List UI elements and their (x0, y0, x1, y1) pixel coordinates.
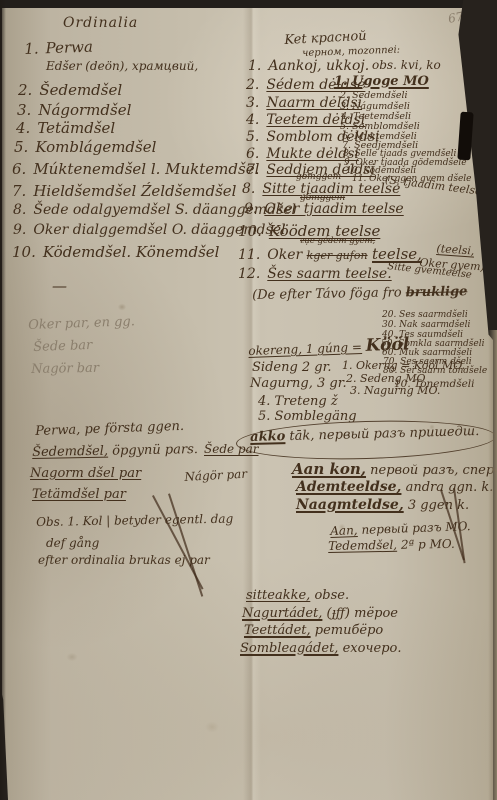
mult-mo-item: 3. Nagurng MO. (350, 384, 440, 397)
bottom-line: Nagurtádet, (ɟƒƒ) тёрое (242, 606, 398, 621)
side-note: obs. kvi, ko (372, 58, 441, 72)
note-line: Nagorm dšel par (30, 466, 141, 481)
bottom-line: sitteakke, obse. (246, 588, 349, 603)
note-line: Šedemdšel, öpgynü pars. (32, 442, 198, 460)
list-item: 9.Oker tjaadim teelse (244, 201, 404, 217)
tens-item: 20. Ses saarmdšeli (382, 310, 468, 320)
aan-line: Aan kon, первой разъ, сперва k. (292, 460, 497, 478)
page-edge-left (0, 0, 6, 800)
tens-item: 30. Nak saarmdšeli (382, 320, 470, 330)
manuscript-photo: 67 Ordinalia 1.Perwa Edšer (deön), храмц… (0, 0, 497, 800)
sub-list-item: 2. Sedemdšeli (340, 90, 408, 101)
page-edge-right (488, 330, 497, 800)
list-item-sub: Edšer (deön), храмцвий, (46, 59, 198, 73)
note-line: Tetämdšel par (32, 487, 126, 502)
aan-line: Tedemdšel, 2ª p MO. (328, 537, 455, 553)
bottom-line: Sombleagádet, ехочеро. (240, 641, 402, 656)
list-item: 1.Perwa (24, 38, 93, 58)
mult-item: 4. Treteng ž (258, 394, 338, 409)
list-item: 2.Šedemdšel (18, 81, 122, 99)
mult-item: Nagurng, 3 gr. (250, 376, 347, 391)
list-item: 11.Oker kger gufon teelse, (238, 245, 422, 263)
binding-edge-top (0, 0, 497, 8)
side-note: (teelsi, (436, 242, 475, 258)
aan-line: Naagmteldse, 3 ggen k. (296, 497, 469, 513)
list-item: 5.Komblágemdšel (14, 138, 156, 156)
pencil-note: Nagör bar (31, 361, 99, 377)
list-item: 12.Šes saarm teelse. (238, 266, 392, 282)
list-item: 7.Hieldšemdšel Źeldšemdšel (12, 182, 236, 200)
list-item: 4.Tetämdšel (16, 119, 115, 137)
sub-list-item: 11. Oker ggen gvem dšele (352, 174, 471, 184)
list-item: 6.Múktenemdšel l. Muktemdšel (12, 160, 259, 178)
list-item: 10.Ködemdšel. Könemdšel (12, 243, 219, 261)
left-title: Ordinalia (63, 15, 138, 31)
bottom-line: Teettádet, ретибёро (244, 623, 383, 638)
list-item: 3.Nágormdšel (17, 101, 131, 119)
mult-mo-item: 1. Okerng = Kööl MO. (342, 359, 465, 372)
list-item: 1.Aankoj, ukkoj. (248, 58, 369, 74)
obs-line: def gång (46, 536, 99, 550)
separator-dash: — (52, 277, 67, 295)
aan-line: Ademteeldse, andra ggn. k. (296, 479, 493, 495)
mult-item: Sideng 2 gr. (252, 360, 332, 375)
sub-list-header: 1. Ugoge MO (334, 74, 429, 89)
pencil-note: Šede bar (33, 338, 93, 355)
